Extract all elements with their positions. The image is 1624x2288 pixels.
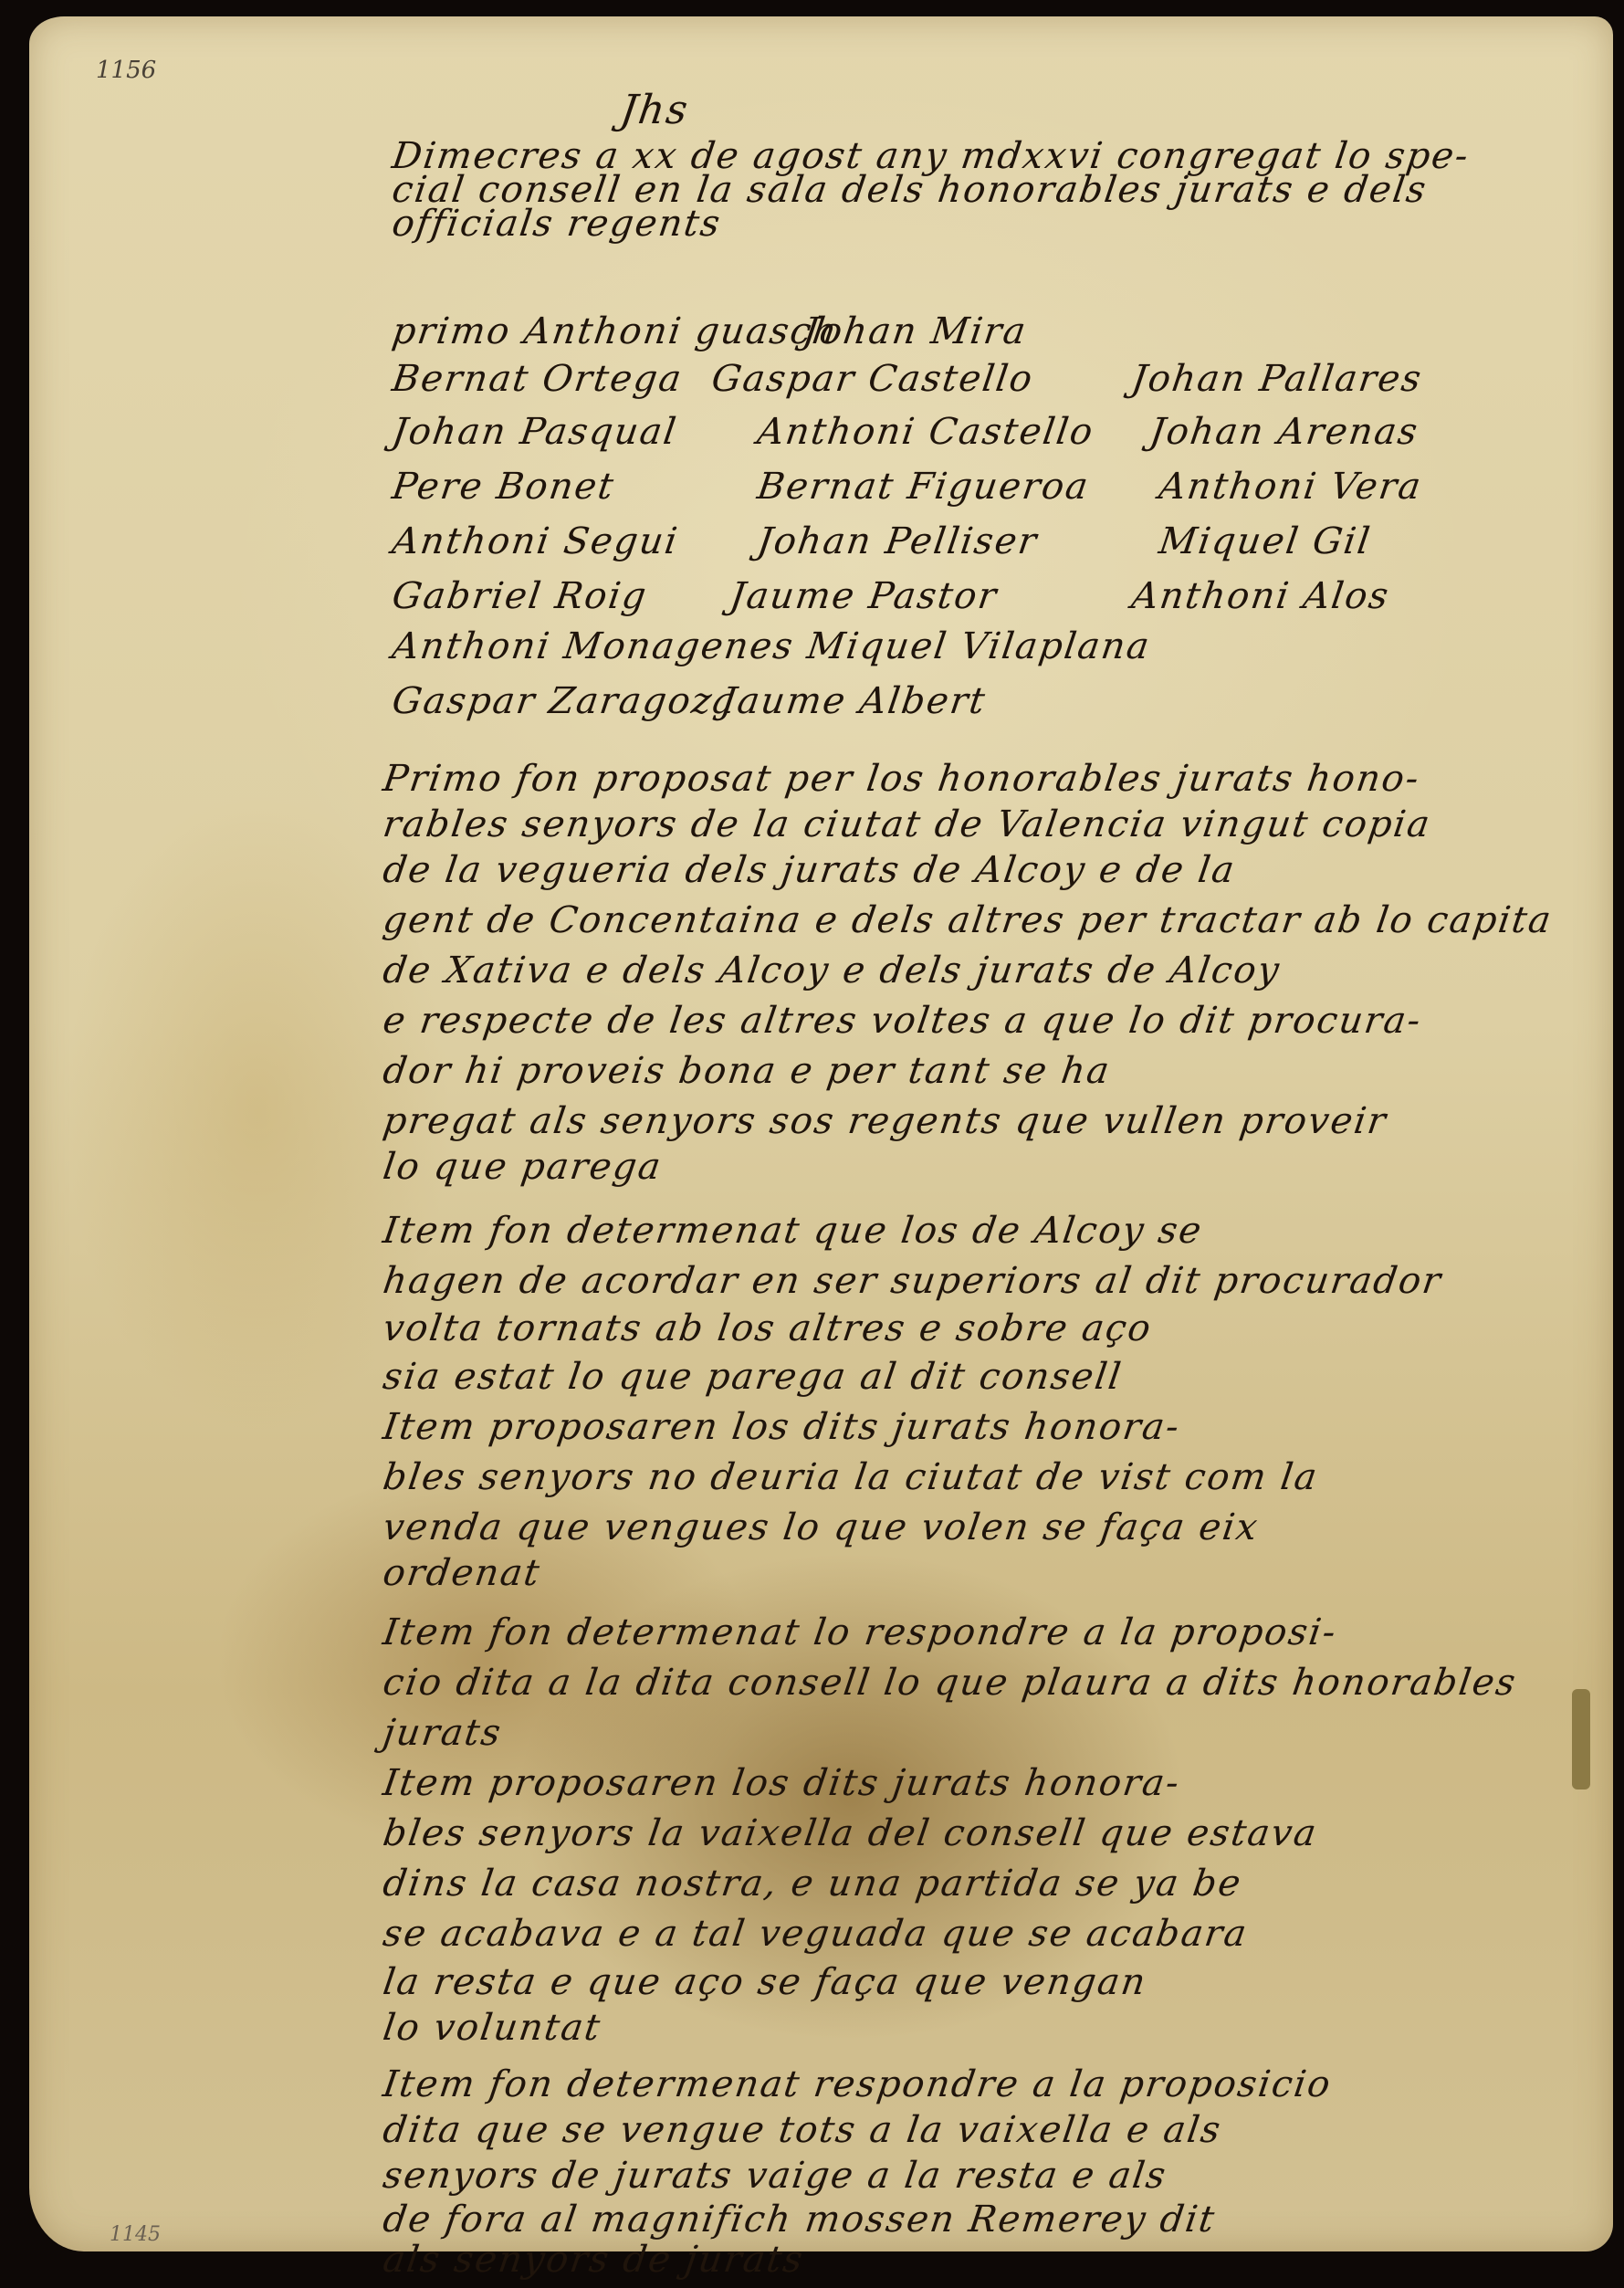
attendee: Jaume Pastor [728,575,1001,617]
heading-mark: Jhs [617,87,692,133]
text-line: cio dita a la dita consell lo que plaura… [381,1662,1520,1704]
text-line: e respecte de les altres voltes a que lo… [381,1000,1425,1042]
attendee: Bernat Figueroa [755,466,1093,508]
attendee: Pere Bonet [390,466,618,508]
text-line: dita que se vengue tots a la vaixella e … [381,2109,1225,2151]
text-line: gent de Concentaina e dels altres per tr… [381,899,1556,941]
attendee: Johan Mira [801,310,1030,352]
attendee: Johan Arenas [1147,411,1421,453]
attendee: Gaspar Castello [709,358,1036,400]
text-line: als senyors de jurats [381,2239,807,2281]
attendee: Anthoni Alos [1129,575,1393,617]
text-line: Item fon determenat respondre a la propo… [381,2063,1335,2105]
text-line: jurats [381,1712,505,1754]
text-line: Item proposaren los dits jurats honora- [381,1762,1183,1804]
attendee: Gaspar Zaragoza [390,680,739,722]
paper-tab [1572,1689,1590,1789]
attendee: Gabriel Roig [390,575,651,617]
text-line: Primo fon proposat per los honorables ju… [381,758,1423,800]
text-line: pregat als senyors sos regents que vulle… [381,1100,1390,1142]
text-line: de Xativa e dels Alcoy e dels jurats de … [381,950,1283,992]
text-line: Item fon determenat lo respondre a la pr… [381,1611,1340,1653]
text-line: Item fon determenat que los de Alcoy se [381,1210,1206,1252]
text-line: dins la casa nostra, e una partida se ya… [381,1863,1245,1905]
text-line: rables senyors de la ciutat de Valencia … [381,803,1434,845]
attendee: Anthoni Vera [1157,466,1425,508]
text-line: bles senyors no deuria la ciutat de vist… [381,1456,1321,1498]
text-line: lo que parega [381,1146,665,1188]
text-line: de la vegueria dels jurats de Alcoy e de… [381,849,1239,891]
text-line: senyors de jurats vaige a la resta e als [381,2155,1170,2197]
folio-number-top: 1156 [96,57,156,84]
header-line: officials regents [390,203,724,245]
attendee: Johan Pelliser [755,520,1041,562]
text-line: lo voluntat [381,2007,604,2049]
attendee: primo Anthoni guasch [390,310,841,352]
attendee: Johan Pallares [1129,358,1425,400]
text-line: dor hi proveis bona e per tant se ha [381,1050,1114,1092]
attendee: Miquel Gil [1157,520,1374,562]
text-line: ordenat [381,1552,544,1594]
folio-number-bottom: 1145 [110,2223,161,2246]
text-line: Item proposaren los dits jurats honora- [381,1406,1183,1448]
attendee: Johan Pasqual [390,411,680,453]
attendee: Anthoni Monagenes Miquel Vilaplana [390,625,1154,667]
attendee: Anthoni Segui [390,520,682,562]
text-line: volta tornats ab los altres e sobre aço [381,1307,1155,1349]
text-line: se acabava e a tal veguada que se acabar… [381,1913,1251,1955]
text-line: hagen de acordar en ser superiors al dit… [381,1260,1445,1302]
attendee: Jaume Albert [718,680,990,722]
text-line: sia estat lo que parega al dit consell [381,1356,1126,1398]
attendee: Bernat Ortega [390,358,686,400]
text-line: la resta e que aço se faça que vengan [381,1961,1149,2003]
text-line: de fora al magnifich mossen Remerey dit [381,2199,1219,2241]
attendee: Anthoni Castello [755,411,1097,453]
text-line: bles senyors la vaixella del consell que… [381,1812,1321,1854]
text-line: venda que vengues lo que volen se faça e… [381,1506,1262,1548]
